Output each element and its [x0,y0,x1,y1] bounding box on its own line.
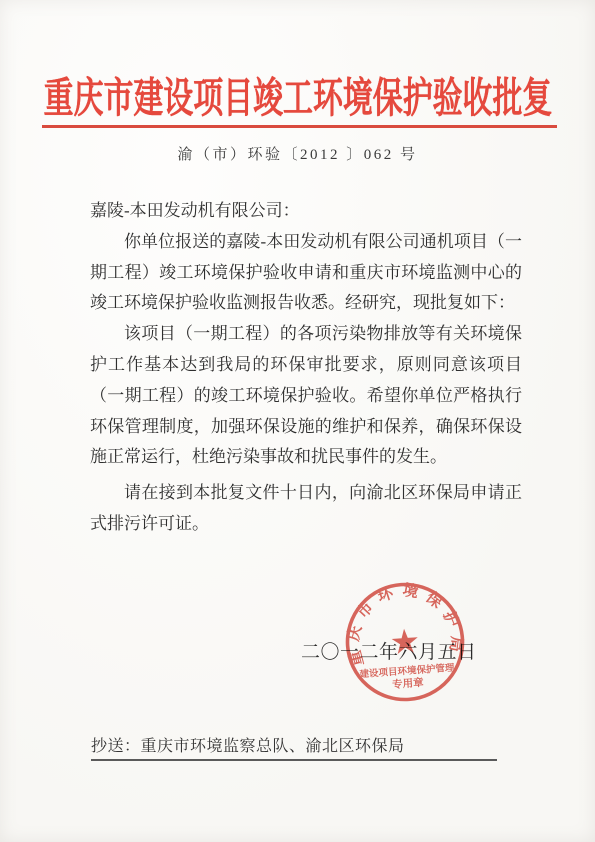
title-divider-rule [42,125,557,128]
paragraph-2: 该项目（一期工程）的各项污染物排放等有关环境保护工作基本达到我局的环保审批要求，… [90,319,522,473]
paragraph-3: 请在接到本批复文件十日内，向渝北区环保局申请正式排污许可证。 [90,478,522,540]
official-document-page: 重庆市建设项目竣工环境保护验收批复 渝（市）环验〔2012 〕062 号 嘉陵-… [0,0,595,842]
paragraph-1: 你单位报送的嘉陵-本田发动机有限公司通机项目（一期工程）竣工环境保护验收申请和重… [90,227,522,319]
cc-recipients: 抄送：重庆市环境监察总队、渝北区环保局 [91,733,405,756]
document-number: 渝（市）环验〔2012 〕062 号 [0,143,595,164]
star-icon: ★ [390,625,419,660]
document-title-text: 重庆市建设项目竣工环境保护验收批复 [43,65,552,125]
seal-inner-line2: 专用章 [392,676,425,691]
salutation: 嘉陵-本田发动机有限公司： [90,196,522,227]
footer-rule [91,759,497,761]
document-body: 嘉陵-本田发动机有限公司： 你单位报送的嘉陵-本田发动机有限公司通机项目（一期工… [90,196,522,540]
document-title: 重庆市建设项目竣工环境保护验收批复 [0,70,595,119]
seal-inner-line1: 建设项目环境保护管理 [359,662,455,681]
official-seal: 重庆市环境保护局 ★ 建设项目环境保护管理 专用章 [339,576,471,708]
